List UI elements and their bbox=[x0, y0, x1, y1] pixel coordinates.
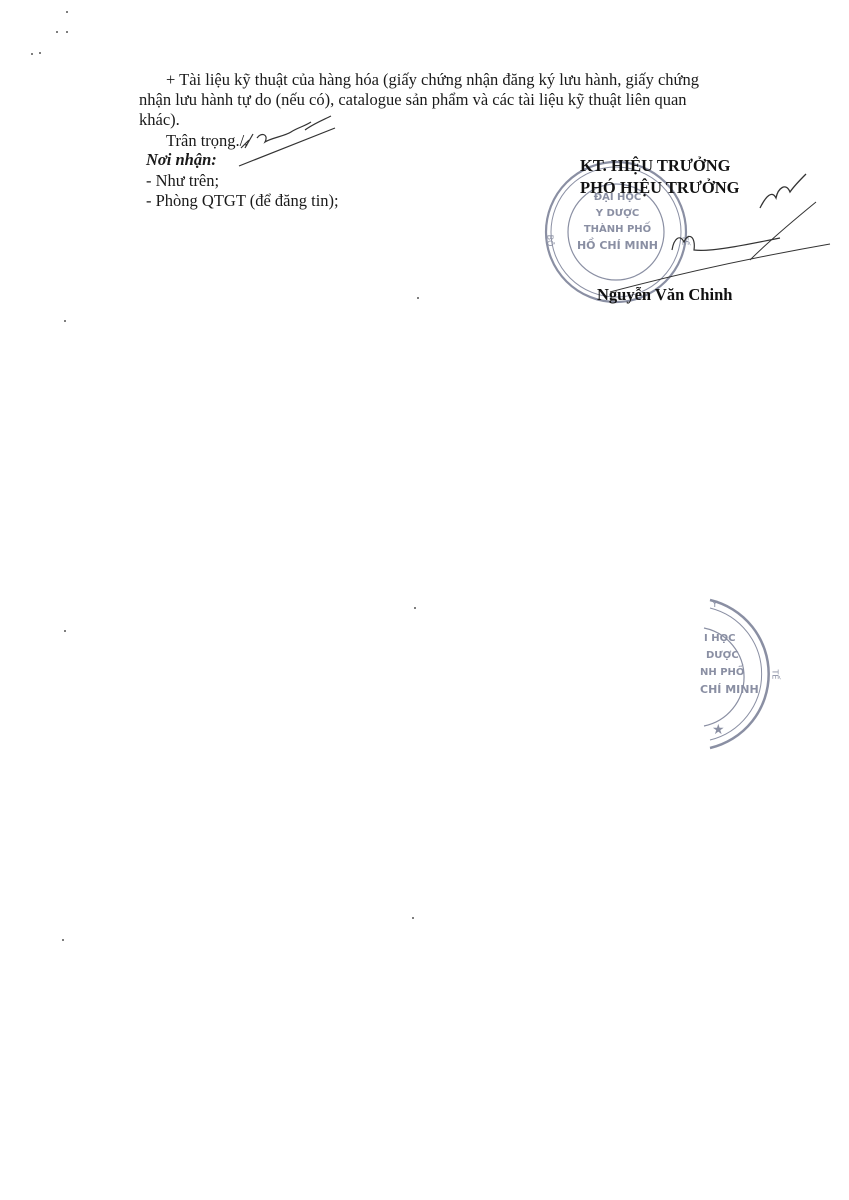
scan-speck bbox=[31, 53, 33, 55]
partial-stamp-text: I HỌC DƯỢC NH PHỐ CHÍ MINH bbox=[700, 630, 770, 698]
handwritten-signature-icon bbox=[580, 168, 840, 298]
signer-name: Nguyễn Văn Chinh bbox=[597, 284, 732, 306]
scan-speck bbox=[62, 939, 64, 941]
partial-stamp-line: CHÍ MINH bbox=[700, 681, 770, 698]
partial-stamp-line: I HỌC bbox=[700, 630, 770, 647]
recipient-item: - Như trên; bbox=[146, 171, 219, 191]
initial-signature-icon bbox=[235, 112, 345, 172]
scan-speck bbox=[64, 320, 66, 322]
scan-speck bbox=[412, 917, 414, 919]
body-line-3: khác). bbox=[139, 110, 180, 130]
star-icon: ★ bbox=[712, 722, 725, 739]
recipients-heading: Nơi nhận: bbox=[146, 150, 217, 170]
partial-stamp-line: NH PHỐ bbox=[700, 664, 770, 681]
scan-speck bbox=[414, 607, 416, 609]
recipient-item: - Phòng QTGT (để đăng tin); bbox=[146, 191, 339, 211]
partial-stamp-line: DƯỢC bbox=[700, 647, 770, 664]
scan-speck bbox=[64, 630, 66, 632]
scan-speck bbox=[56, 31, 58, 33]
partial-stamp-side: TẾ bbox=[770, 670, 779, 680]
stamp-side-left: BỘ bbox=[545, 235, 554, 247]
scan-speck bbox=[417, 297, 419, 299]
document-page: + Tài liệu kỹ thuật của hàng hóa (giấy c… bbox=[0, 0, 849, 1200]
body-line-1: + Tài liệu kỹ thuật của hàng hóa (giấy c… bbox=[166, 70, 699, 90]
scan-speck bbox=[66, 11, 68, 13]
scan-speck bbox=[66, 31, 68, 33]
body-line-2: nhận lưu hành tự do (nếu có), catalogue … bbox=[139, 90, 687, 110]
partial-stamp-top: Y bbox=[712, 600, 718, 610]
scan-speck bbox=[39, 52, 41, 54]
